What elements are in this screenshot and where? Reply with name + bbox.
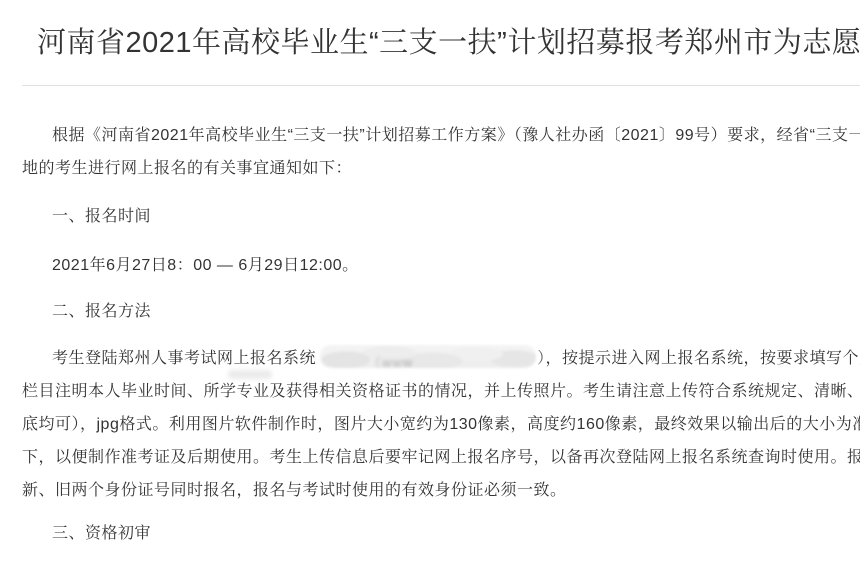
heading-text: 二、报名方法	[22, 295, 860, 328]
section-heading-review: 三、资格初审	[22, 517, 860, 550]
page-title: 河南省2021年高校毕业生“三支一扶”计划招募报考郑州市为志愿服务	[37, 24, 860, 62]
redacted-url-blur: （www	[320, 345, 536, 368]
small-blur-artifact	[228, 370, 272, 379]
method-line-4: 下，以便制作准考证及后期使用。考生上传信息后要牢记网上报名序号，以备再次登陆网上…	[22, 441, 860, 474]
method-line-1-after: ，按提示进入网上报名系统，按要求填写个人	[546, 350, 860, 367]
method-line-1: 考生登陆郑州人事考试网上报名系统（www），按提示进入网上报名系统，按要求填写个…	[22, 342, 860, 375]
method-paragraph: 考生登陆郑州人事考试网上报名系统（www），按提示进入网上报名系统，按要求填写个…	[22, 342, 860, 507]
intro-line-2: 地的考生进行网上报名的有关事宜通知如下：	[22, 152, 860, 185]
method-line-3: 底均可），jpg格式。利用图片软件制作时，图片大小宽约为130像素，高度约160…	[22, 408, 860, 441]
redacted-url-hint: （www	[368, 346, 413, 368]
method-line-2: 栏目注明本人毕业时间、所学专业及获得相关资格证书的情况，并上传照片。考生请注意上…	[22, 375, 860, 408]
notice-page: 河南省2021年高校毕业生“三支一扶”计划招募报考郑州市为志愿服务 根据《河南省…	[0, 0, 860, 567]
registration-time-text: 2021年6月27日8：00 — 6月29日12:00。	[22, 249, 860, 282]
intro-line-1: 根据《河南省2021年高校毕业生“三支一扶”计划招募工作方案》（豫人社办函〔20…	[22, 119, 860, 152]
section-heading-method: 二、报名方法	[22, 295, 860, 328]
section-heading-time: 一、报名时间	[22, 200, 860, 233]
intro-paragraph: 根据《河南省2021年高校毕业生“三支一扶”计划招募工作方案》（豫人社办函〔20…	[22, 119, 860, 185]
registration-time-paragraph: 2021年6月27日8：00 — 6月29日12:00。	[22, 249, 860, 282]
method-line-1-before: 考生登陆郑州人事考试网上报名系统	[52, 350, 316, 367]
heading-text: 三、资格初审	[22, 517, 860, 550]
close-paren: ）	[537, 350, 546, 367]
heading-text: 一、报名时间	[22, 200, 860, 233]
method-line-5: 新、旧两个身份证号同时报名，报名与考试时使用的有效身份证必须一致。	[22, 474, 860, 507]
title-divider	[22, 85, 860, 86]
